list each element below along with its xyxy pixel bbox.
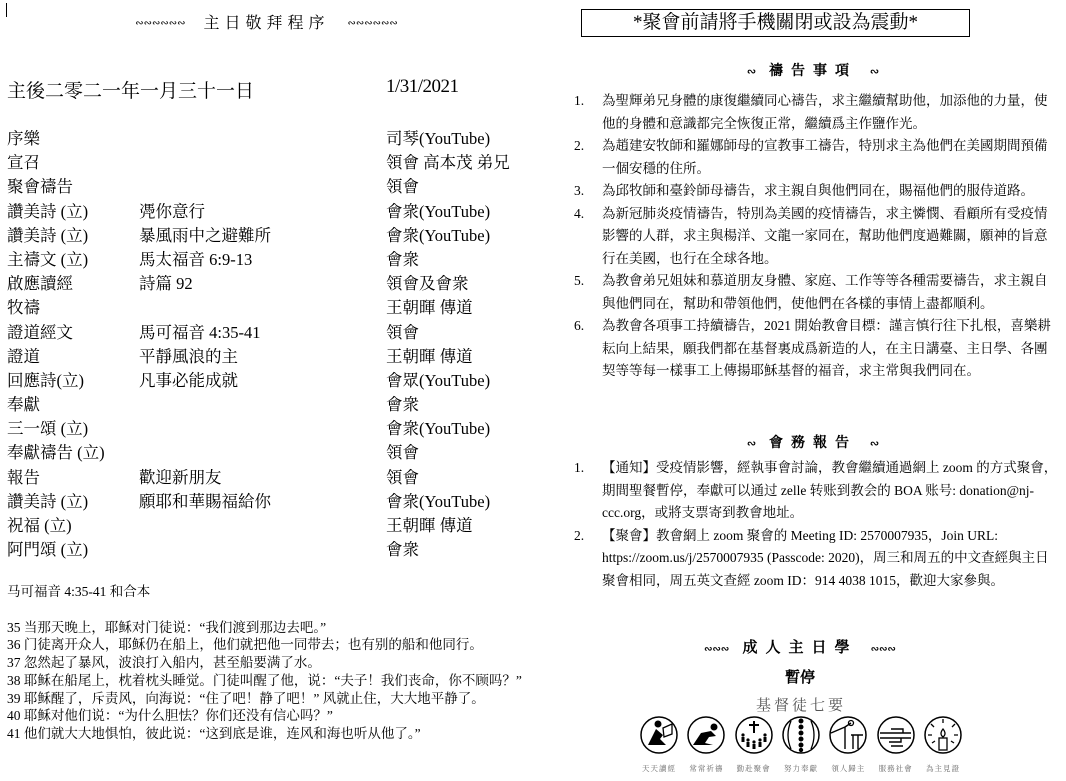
ornament-icon: ∾∾∾ bbox=[704, 644, 729, 655]
ornament-icon: ∾ bbox=[870, 437, 879, 450]
prayer-item: 5.為教會弟兄姐妹和慕道朋友身體、家庭、工作等等各種需要禱告，求主親自與他們同在… bbox=[560, 270, 1060, 315]
program-detail: 歡迎新朋友 bbox=[139, 467, 222, 489]
scripture-reference: 马可福音 4:35-41 和合本 bbox=[7, 583, 532, 601]
program-leader: 領會 高本茂 弟兄 bbox=[386, 152, 510, 174]
program-row: 祝福 (立)王朝暉 傳道 bbox=[7, 515, 527, 539]
verse-line: 39 耶稣醒了，斥责风，向海说：“住了吧！静了吧！” 风就止住，大大地平静了。 bbox=[7, 690, 532, 708]
essential-caption: 勤赴聚會 bbox=[737, 763, 771, 774]
ornament-icon: ∾ bbox=[747, 65, 756, 78]
list-number: 1. bbox=[574, 457, 584, 480]
program-detail: 平靜風浪的主 bbox=[139, 346, 238, 368]
list-number: 5. bbox=[574, 270, 584, 293]
program-leader: 王朝暉 傳道 bbox=[386, 297, 473, 319]
seven-essentials-title: 基督徒七要 bbox=[636, 694, 966, 714]
program-item: 奉獻 bbox=[7, 394, 40, 416]
essential-item: 勤赴聚會 bbox=[731, 715, 777, 774]
program-leader: 領會 bbox=[386, 322, 419, 344]
verse-line: 35 当那天晚上，耶稣对门徒说：“我们渡到那边去吧。” bbox=[7, 619, 532, 637]
offering-fish-icon bbox=[778, 715, 824, 760]
program-detail: 暴風雨中之避難所 bbox=[139, 225, 271, 247]
program-row: 啟應讀經詩篇 92領會及會衆 bbox=[7, 273, 527, 297]
program-row: 讚美詩 (立)暴風雨中之避難所會衆(YouTube) bbox=[7, 225, 527, 249]
program-leader: 領會 bbox=[386, 467, 419, 489]
list-number: 1. bbox=[574, 90, 584, 113]
prayer-item: 1.為聖輝弟兄身體的康復繼續同心禱告，求主繼續幫助他，加添他的力量，使他的身體和… bbox=[560, 90, 1060, 135]
essential-item: 天天讀經 bbox=[636, 715, 682, 774]
verse-line: 40 耶稣对他们说：“为什么胆怯？你们还没有信心吗？” bbox=[7, 707, 532, 725]
program-row: 聚會禱告領會 bbox=[7, 176, 527, 200]
program-row: 讚美詩 (立)願耶和華賜福給你會衆(YouTube) bbox=[7, 491, 527, 515]
announcements-page: *聚會前請將手機關閉或設為震動* ∾ 禱告事項 ∾ 1.為聖輝弟兄身體的康復繼續… bbox=[560, 0, 1066, 781]
program-row: 讚美詩 (立)凴你意行會衆(YouTube) bbox=[7, 201, 527, 225]
program-item: 回應詩(立) bbox=[7, 370, 84, 392]
program-row: 報告歡迎新朋友領會 bbox=[7, 467, 527, 491]
ornament-icon: ∾ bbox=[747, 437, 756, 450]
program-item: 牧禱 bbox=[7, 297, 40, 319]
date-chinese: 主後二零二一年一月三十一日 bbox=[7, 76, 254, 103]
program-row: 奉獻會衆 bbox=[7, 394, 527, 418]
list-number: 6. bbox=[574, 315, 584, 338]
essential-caption: 服務社會 bbox=[879, 763, 913, 774]
program-leader: 王朝暉 傳道 bbox=[386, 515, 473, 537]
program-detail: 凴你意行 bbox=[139, 201, 205, 223]
essential-caption: 為主見證 bbox=[926, 763, 960, 774]
program-row: 阿門頌 (立)會衆 bbox=[7, 539, 527, 563]
adult-title-text: 成人主日學 bbox=[742, 638, 857, 656]
program-detail: 馬太福音 6:9-13 bbox=[139, 249, 252, 271]
program-leader: 會衆 bbox=[386, 539, 419, 561]
reading-bible-icon bbox=[636, 715, 682, 760]
program-leader: 會衆(YouTube) bbox=[386, 225, 490, 247]
essential-item: 努力奉獻 bbox=[778, 715, 824, 774]
program-leader: 會衆(YouTube) bbox=[386, 418, 490, 440]
adult-sunday-school-title: ∾∾∾ 成人主日學 ∾∾∾ bbox=[630, 636, 970, 657]
program-item: 讚美詩 (立) bbox=[7, 201, 88, 223]
list-number: 4. bbox=[574, 203, 584, 226]
report-section-title: ∾ 會務報告 ∾ bbox=[560, 432, 1066, 452]
program-detail: 馬可福音 4:35-41 bbox=[139, 322, 260, 344]
program-leader: 會衆 bbox=[386, 249, 419, 271]
program-detail: 願耶和華賜福給你 bbox=[139, 491, 271, 513]
adult-school-status: 暫停 bbox=[630, 666, 970, 687]
program-leader: 王朝暉 傳道 bbox=[386, 346, 473, 368]
program-item: 序樂 bbox=[7, 128, 40, 150]
prayer-item: 3.為邱牧師和臺鈴師母禱告，求主親自與他們同在，賜福他們的服侍道路。 bbox=[560, 180, 1060, 203]
list-text: 【通知】受疫情影響，經執事會討論，教會繼續通過網上 zoom 的方式聚會，期間聖… bbox=[602, 460, 1057, 520]
program-row: 牧禱王朝暉 傳道 bbox=[7, 297, 527, 321]
program-leader: 會衆(YouTube) bbox=[386, 491, 490, 513]
program-leader: 司琴(YouTube) bbox=[386, 128, 490, 150]
prayer-item: 2.為趙建安牧師和羅娜師母的宣教事工禱告，特別求主為他們在美國期間預備一個安穩的… bbox=[560, 135, 1060, 180]
list-number: 3. bbox=[574, 180, 584, 203]
program-leader: 領會 bbox=[386, 176, 419, 198]
ornament-icon: ∾ bbox=[870, 65, 879, 78]
program-item: 奉獻禱告 (立) bbox=[7, 442, 105, 464]
ornament-icon: ∾∾∾∾∾∾ bbox=[348, 18, 398, 29]
verse-line: 37 忽然起了暴风，波浪打入船内，甚至船要满了水。 bbox=[7, 654, 532, 672]
verse-line: 36 门徒离开众人，耶稣仍在船上，他们就把他一同带去；也有别的船和他同行。 bbox=[7, 636, 532, 654]
program-item: 祝福 (立) bbox=[7, 515, 72, 537]
scripture-passage: 马可福音 4:35-41 和合本 35 当那天晚上，耶稣对门徒说：“我们渡到那边… bbox=[7, 583, 532, 743]
essential-caption: 天天讀經 bbox=[642, 763, 676, 774]
report-title-text: 會務報告 bbox=[769, 435, 857, 451]
verse-line: 41 他们就大大地惧怕，彼此说：“这到底是谁，连风和海也听从他了。” bbox=[7, 725, 532, 743]
program-item: 讚美詩 (立) bbox=[7, 225, 88, 247]
program-title-text: 主日敬拜程序 bbox=[203, 15, 329, 32]
program-row: 回應詩(立)凡事必能成就會眾(YouTube) bbox=[7, 370, 527, 394]
list-number: 2. bbox=[574, 525, 584, 548]
program-item: 證道經文 bbox=[7, 322, 73, 344]
program-item: 主禱文 (立) bbox=[7, 249, 88, 271]
list-text: 為教會各項事工持續禱告，2021 開始教會目標：謹言慎行往下扎根，喜樂耕耘向上結… bbox=[602, 318, 1051, 378]
program-leader: 會衆 bbox=[386, 394, 419, 416]
essential-caption: 努力奉獻 bbox=[784, 763, 818, 774]
prayer-section-title: ∾ 禱告事項 ∾ bbox=[560, 60, 1066, 80]
program-row: 奉獻禱告 (立)領會 bbox=[7, 442, 527, 466]
program-leader: 領會 bbox=[386, 442, 419, 464]
program-item: 證道 bbox=[7, 346, 40, 368]
date-numeric: 1/31/2021 bbox=[386, 76, 459, 98]
program-item: 聚會禱告 bbox=[7, 176, 73, 198]
prayer-item: 6.為教會各項事工持續禱告，2021 開始教會目標：謹言慎行往下扎根，喜樂耕耘向… bbox=[560, 315, 1060, 383]
report-item: 1.【通知】受疫情影響，經執事會討論，教會繼續通過網上 zoom 的方式聚會，期… bbox=[560, 457, 1060, 525]
list-text: 為新冠肺炎疫情禱告，特別為美國的疫情禱告，求主憐憫、看顧所有受疫情影響的人群，求… bbox=[602, 206, 1048, 266]
seven-essentials-icons: 天天讀經常常祈禱勤赴聚會努力奉獻領人歸主服務社會為主見證 bbox=[636, 715, 966, 774]
program-detail: 詩篇 92 bbox=[139, 273, 193, 295]
program-list: 序樂司琴(YouTube)宣召領會 高本茂 弟兄聚會禱告領會讚美詩 (立)凴你意… bbox=[7, 128, 527, 563]
lead-to-lord-icon bbox=[825, 715, 871, 760]
program-leader: 會眾(YouTube) bbox=[386, 370, 490, 392]
list-text: 為邱牧師和臺鈴師母禱告，求主親自與他們同在，賜福他們的服侍道路。 bbox=[602, 183, 1034, 198]
list-text: 為趙建安牧師和羅娜師母的宣教事工禱告，特別求主為他們在美國期間預備一個安穩的住所… bbox=[602, 138, 1048, 176]
praying-icon bbox=[683, 715, 729, 760]
program-item: 啟應讀經 bbox=[7, 273, 73, 295]
church-gathering-icon bbox=[731, 715, 777, 760]
serve-society-icon bbox=[873, 715, 919, 760]
program-row: 宣召領會 高本茂 弟兄 bbox=[7, 152, 527, 176]
essential-caption: 常常祈禱 bbox=[689, 763, 723, 774]
verse-line: 38 耶稣在船尾上，枕着枕头睡觉。门徒叫醒了他，说：“夫子！我们丧命，你不顾吗？… bbox=[7, 672, 532, 690]
phone-notice-box: *聚會前請將手機關閉或設為震動* bbox=[581, 9, 970, 37]
essential-item: 服務社會 bbox=[873, 715, 919, 774]
essential-item: 為主見證 bbox=[920, 715, 966, 774]
essential-caption: 領人歸主 bbox=[831, 763, 865, 774]
program-item: 讚美詩 (立) bbox=[7, 491, 88, 513]
prayer-item: 4.為新冠肺炎疫情禱告，特別為美國的疫情禱告，求主憐憫、看顧所有受疫情影響的人群… bbox=[560, 203, 1060, 271]
program-row: 序樂司琴(YouTube) bbox=[7, 128, 527, 152]
worship-program-page: ∾∾∾∾∾∾ 主日敬拜程序 ∾∾∾∾∾∾ 主後二零二一年一月三十一日 1/31/… bbox=[0, 0, 533, 781]
list-text: 為教會弟兄姐妹和慕道朋友身體、家庭、工作等等各種需要禱告，求主親自與他們同在，幫… bbox=[602, 273, 1048, 311]
list-text: 為聖輝弟兄身體的康復繼續同心禱告，求主繼續幫助他，加添他的力量，使他的身體和意識… bbox=[602, 93, 1048, 131]
essential-item: 領人歸主 bbox=[825, 715, 871, 774]
report-list: 1.【通知】受疫情影響，經執事會討論，教會繼續通過網上 zoom 的方式聚會，期… bbox=[560, 457, 1060, 593]
program-item: 報告 bbox=[7, 467, 40, 489]
program-row: 三一頌 (立)會衆(YouTube) bbox=[7, 418, 527, 442]
list-text: 【聚會】教會網上 zoom 聚會的 Meeting ID: 2570007935… bbox=[602, 528, 1049, 588]
report-item: 2.【聚會】教會網上 zoom 聚會的 Meeting ID: 25700079… bbox=[560, 525, 1060, 593]
program-detail: 凡事必能成就 bbox=[139, 370, 238, 392]
program-item: 宣召 bbox=[7, 152, 40, 174]
program-title: ∾∾∾∾∾∾ 主日敬拜程序 ∾∾∾∾∾∾ bbox=[0, 10, 533, 33]
program-row: 主禱文 (立)馬太福音 6:9-13會衆 bbox=[7, 249, 527, 273]
prayer-list: 1.為聖輝弟兄身體的康復繼續同心禱告，求主繼續幫助他，加添他的力量，使他的身體和… bbox=[560, 90, 1060, 383]
program-row: 證道平靜風浪的主王朝暉 傳道 bbox=[7, 346, 527, 370]
list-number: 2. bbox=[574, 135, 584, 158]
candle-witness-icon bbox=[920, 715, 966, 760]
seven-essentials: 基督徒七要 天天讀經常常祈禱勤赴聚會努力奉獻領人歸主服務社會為主見證 bbox=[636, 694, 966, 774]
verse-list: 35 当那天晚上，耶稣对门徒说：“我们渡到那边去吧。”36 门徒离开众人，耶稣仍… bbox=[7, 619, 532, 743]
program-item: 阿門頌 (立) bbox=[7, 539, 88, 561]
program-leader: 領會及會衆 bbox=[386, 273, 469, 295]
prayer-title-text: 禱告事項 bbox=[769, 63, 857, 79]
essential-item: 常常祈禱 bbox=[683, 715, 729, 774]
ornament-icon: ∾∾∾∾∾∾ bbox=[135, 18, 185, 29]
ornament-icon: ∾∾∾ bbox=[871, 644, 896, 655]
program-row: 證道經文馬可福音 4:35-41領會 bbox=[7, 322, 527, 346]
program-leader: 會衆(YouTube) bbox=[386, 201, 490, 223]
program-item: 三一頌 (立) bbox=[7, 418, 88, 440]
